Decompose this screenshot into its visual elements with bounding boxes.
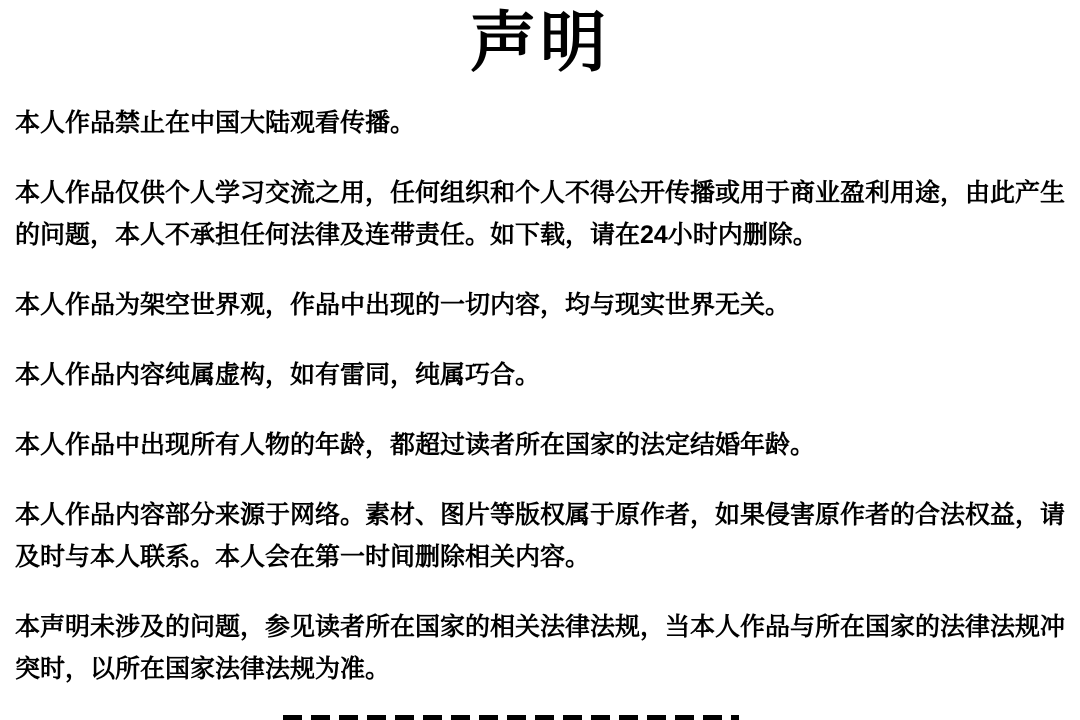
disclaimer-paragraph-3: 本人作品为架空世界观，作品中出现的一切内容，均与现实世界无关。 — [15, 284, 1065, 326]
cutoff-text-fragment — [283, 715, 739, 720]
disclaimer-paragraph-5: 本人作品中出现所有人物的年龄，都超过读者所在国家的法定结婚年龄。 — [15, 424, 1065, 466]
disclaimer-paragraph-2: 本人作品仅供个人学习交流之用，任何组织和个人不得公开传播或用于商业盈利用途，由此… — [15, 172, 1065, 256]
disclaimer-paragraph-1: 本人作品禁止在中国大陆观看传播。 — [15, 102, 1065, 144]
page-title: 声明 — [15, 0, 1065, 88]
disclaimer-paragraph-6: 本人作品内容部分来源于网络。素材、图片等版权属于原作者，如果侵害原作者的合法权益… — [15, 494, 1065, 578]
disclaimer-paragraph-4: 本人作品内容纯属虚构，如有雷同，纯属巧合。 — [15, 354, 1065, 396]
disclaimer-page: 声明 本人作品禁止在中国大陆观看传播。 本人作品仅供个人学习交流之用，任何组织和… — [0, 0, 1080, 690]
disclaimer-paragraph-7: 本声明未涉及的问题，参见读者所在国家的相关法律法规，当本人作品与所在国家的法律法… — [15, 606, 1065, 690]
